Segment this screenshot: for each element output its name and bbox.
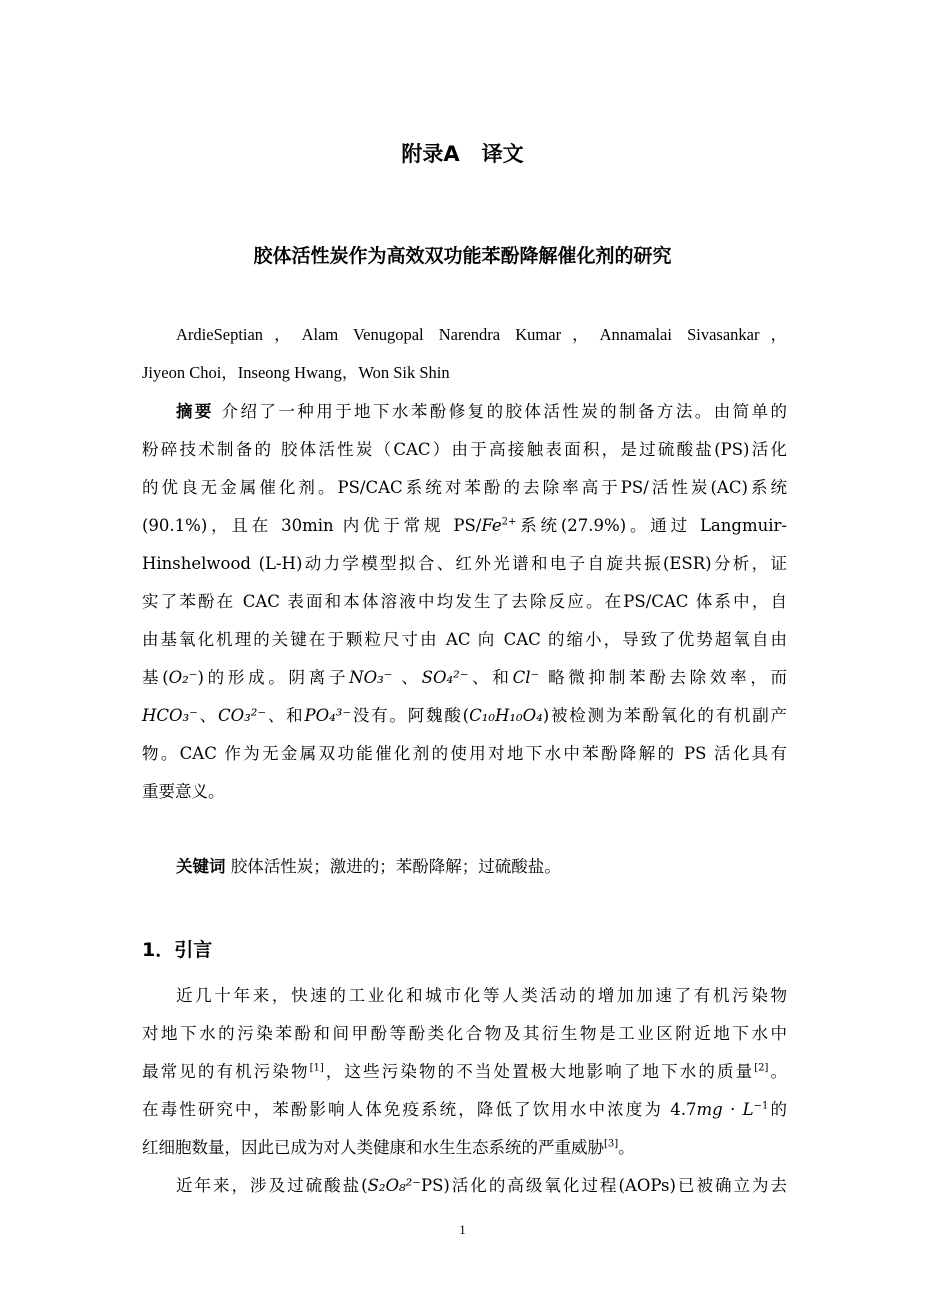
abstract-line-6: 实了苯酚在 CAC 表面和本体溶液中均发生了去除反应。在PS/CAC 体系中，自 [142, 587, 787, 617]
abstract-line-9: HCO₃⁻、CO₃²⁻、和PO₄³⁻没有。阿魏酸(C₁₀H₁₀O₄)被检测为苯酚… [142, 701, 787, 731]
intro-line-5: 红细胞数量，因此已成为对人类健康和水生生态系统的严重威胁[3]。 [142, 1133, 787, 1163]
abstract-text: 没有。阿魏酸( [351, 706, 469, 725]
abstract-text: )的形成。阴离子 [198, 668, 350, 687]
citation-1: [1] [310, 1063, 324, 1074]
appendix-title: 附录A译文 [0, 138, 925, 168]
intro-text: 的 [768, 1100, 787, 1119]
abstract-text: 基( [142, 668, 169, 687]
abstract-text: 、 [198, 706, 218, 725]
keywords-text: 胶体活性炭；激进的；苯酚降解；过硫酸盐。 [231, 857, 561, 876]
formula-superoxide: O₂⁻ [169, 668, 198, 687]
paper-title: 胶体活性炭作为高效双功能苯酚降解催化剂的研究 [0, 241, 925, 268]
page-number: 1 [0, 1222, 925, 1238]
abstract-line-10: 物。CAC 作为无金属双功能催化剂的使用对地下水中苯酚降解的 PS 活化具有 [142, 739, 787, 769]
abstract-label: 摘要 [176, 402, 214, 421]
intro-text: PS)活化的高级氧化过程(AOPs)已被确立为去 [421, 1176, 787, 1195]
intro-line-1: 近几十年来，快速的工业化和城市化等人类活动的增加加速了有机污染物 [142, 981, 787, 1011]
intro-line-3: 最常见的有机污染物[1]，这些污染物的不当处置极大地影响了地下水的质量[2]。 [142, 1057, 787, 1087]
formula-nitrate: NO₃⁻ [349, 668, 392, 687]
abstract-text: (90.1%)，且在 30min 内优于常规 PS/ [142, 516, 481, 535]
abstract-text: )被检测为苯酚氧化的有机副产 [543, 706, 787, 725]
abstract-line-11: 重要意义。 [142, 777, 787, 807]
formula-persulfate: S₂O₈²⁻ [368, 1176, 421, 1195]
abstract-line-3: 的优良无金属催化剂。PS/CAC系统对苯酚的去除率高于PS/活性炭(AC)系统 [142, 473, 787, 503]
document-page: 附录A译文 胶体活性炭作为高效双功能苯酚降解催化剂的研究 ArdieSeptia… [0, 0, 925, 1309]
appendix-title-part2: 译文 [482, 142, 524, 166]
citation-3: [3] [604, 1139, 618, 1150]
abstract-text: 、和 [468, 668, 512, 687]
abstract-line-7: 由基氧化机理的关键在于颗粒尺寸由 AC 向 CAC 的缩小，导致了优势超氧自由 [142, 625, 787, 655]
intro-text: 红细胞数量，因此已成为对人类健康和水生生态系统的严重威胁 [142, 1138, 604, 1157]
formula-phosphate: PO₄³⁻ [304, 706, 351, 725]
intro-text: 。 [618, 1138, 635, 1157]
abstract-text: 、 [392, 668, 421, 687]
intro-text: 。 [768, 1062, 787, 1081]
abstract-line-8: 基(O₂⁻)的形成。阴离子NO₃⁻ 、SO₄²⁻、和Cl⁻ 略微抑制苯酚去除效率… [142, 663, 787, 693]
formula-chloride: Cl⁻ [513, 668, 540, 687]
section-heading-introduction: 1．引言 [142, 935, 212, 962]
formula-unit-exponent: −1 [754, 1101, 769, 1112]
abstract-text: 介绍了一种用于地下水苯酚修复的胶体活性炭的制备方法。由简单的 [222, 402, 787, 421]
abstract-text: 系统(27.9%)。通过 Langmuir- [516, 516, 787, 535]
formula-carbonate: CO₃²⁻ [218, 706, 266, 725]
formula-fe: Fe [481, 516, 501, 535]
authors-line-1: ArdieSeptian，Alam Venugopal Narendra Kum… [142, 320, 787, 350]
intro-line-4: 在毒性研究中，苯酚影响人体免疫系统，降低了饮用水中浓度为 4.7mg · L−1… [142, 1095, 787, 1125]
abstract-line-4: (90.1%)，且在 30min 内优于常规 PS/Fe2+系统(27.9%)。… [142, 511, 787, 541]
intro-text: 近年来，涉及过硫酸盐( [176, 1176, 368, 1195]
intro-paragraph2-line-1: 近年来，涉及过硫酸盐(S₂O₈²⁻PS)活化的高级氧化过程(AOPs)已被确立为… [142, 1171, 787, 1201]
abstract-line-2: 粉碎技术制备的 胶体活性炭（CAC）由于高接触表面积，是过硫酸盐(PS)活化 [142, 435, 787, 465]
authors-line-2: Jiyeon Choi，Inseong Hwang，Won Sik Shin [142, 358, 787, 388]
intro-line-2: 对地下水的污染苯酚和间甲酚等酚类化合物及其衍生物是工业区附近地下水中 [142, 1019, 787, 1049]
intro-text: 最常见的有机污染物 [142, 1062, 310, 1081]
formula-fe-charge: 2+ [502, 517, 517, 528]
formula-concentration-unit: mg · L [697, 1100, 754, 1119]
keywords-line: 关键词 胶体活性炭；激进的；苯酚降解；过硫酸盐。 [142, 852, 787, 882]
citation-2: [2] [754, 1063, 768, 1074]
appendix-title-part1: 附录A [401, 142, 459, 166]
abstract-line-5: Hinshelwood (L-H)动力学模型拟合、红外光谱和电子自旋共振(ESR… [142, 549, 787, 579]
abstract-text: 、和 [266, 706, 304, 725]
keywords-label: 关键词 [176, 857, 226, 876]
intro-text: ，这些污染物的不当处置极大地影响了地下水的质量 [324, 1062, 754, 1081]
abstract-line-1: 摘要 介绍了一种用于地下水苯酚修复的胶体活性炭的制备方法。由简单的 [142, 397, 787, 427]
abstract-text: 略微抑制苯酚去除效率，而 [539, 668, 787, 687]
formula-sulfate: SO₄²⁻ [422, 668, 469, 687]
intro-text: 在毒性研究中，苯酚影响人体免疫系统，降低了饮用水中浓度为 4.7 [142, 1100, 697, 1119]
formula-ferulic-acid: C₁₀H₁₀O₄ [469, 706, 543, 725]
formula-bicarbonate: HCO₃⁻ [142, 706, 198, 725]
